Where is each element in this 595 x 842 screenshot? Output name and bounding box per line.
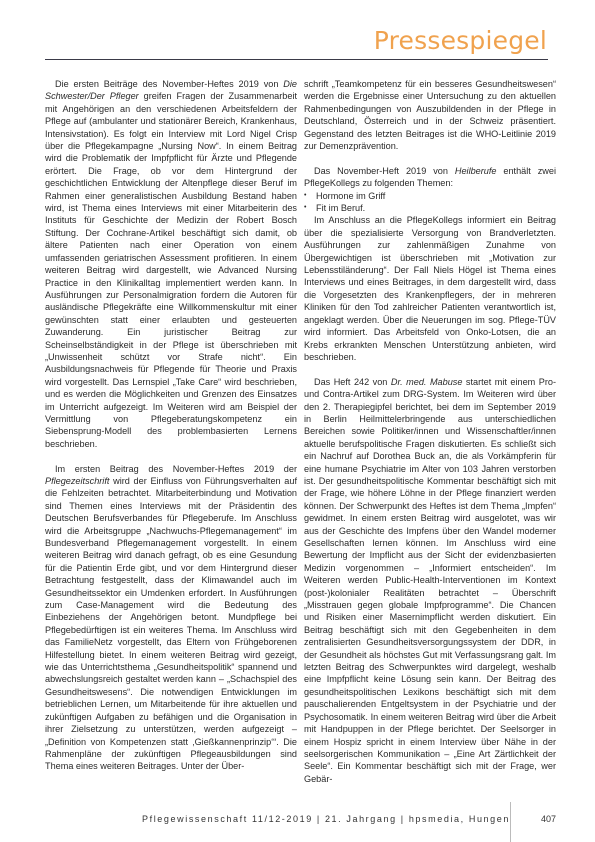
paragraph-pflegezeitschrift: Im ersten Beitrag des November-Heftes 20… — [45, 463, 297, 773]
bullet-icon: • — [304, 202, 306, 214]
journal-name: Dr. med. Mabuse — [391, 377, 463, 387]
bullet-icon: • — [304, 190, 306, 202]
header-rule — [45, 59, 548, 60]
paragraph-body: startet mit einem Pro- und Contra-Artike… — [304, 377, 556, 784]
right-column: schrift „Teamkompetenz für ein besseres … — [304, 78, 556, 785]
paragraph-mabuse: Das Heft 242 von Dr. med. Mabuse startet… — [304, 376, 556, 785]
page-title: Pressespiegel — [374, 26, 547, 55]
paragraph-intro: Im ersten Beitrag des November-Heftes 20… — [55, 464, 297, 474]
paragraph-intro: Die ersten Beiträge des November-Heftes … — [55, 79, 283, 89]
paragraph-intro: Das Heft 242 von — [314, 377, 391, 387]
list-item: •Hormone im Griff — [304, 190, 556, 202]
paragraph-schwester-pfleger: Die ersten Beiträge des November-Heftes … — [45, 78, 297, 450]
footer-divider — [510, 802, 511, 842]
journal-name: Pflegezeitschrift — [45, 476, 109, 486]
list-item-text: Hormone im Griff — [316, 191, 385, 201]
paragraph-intro: Das November-Heft 2019 von — [314, 166, 455, 176]
paragraph-heilberufe-continued: Im Anschluss an die PflegeKollegs inform… — [304, 214, 556, 363]
page-number: 407 — [541, 814, 556, 824]
paragraph-heilberufe: Das November-Heft 2019 von Heilberufe en… — [304, 165, 556, 190]
left-column: Die ersten Beiträge des November-Heftes … — [45, 78, 297, 773]
list-item-text: Fit im Beruf. — [316, 203, 365, 213]
paragraph-body: wird der Einfluss von Führungsverhalten … — [45, 476, 297, 771]
topic-list: •Hormone im Griff •Fit im Beruf. — [304, 190, 556, 215]
journal-name: Heilberufe — [455, 166, 497, 176]
list-item: •Fit im Beruf. — [304, 202, 556, 214]
paragraph-body: greifen Fragen der Zusammenarbeit mit An… — [45, 91, 297, 448]
footer-citation: Pflegewissenschaft 11/12-2019 | 21. Jahr… — [142, 814, 510, 824]
paragraph-continuation: schrift „Teamkompetenz für ein besseres … — [304, 78, 556, 152]
